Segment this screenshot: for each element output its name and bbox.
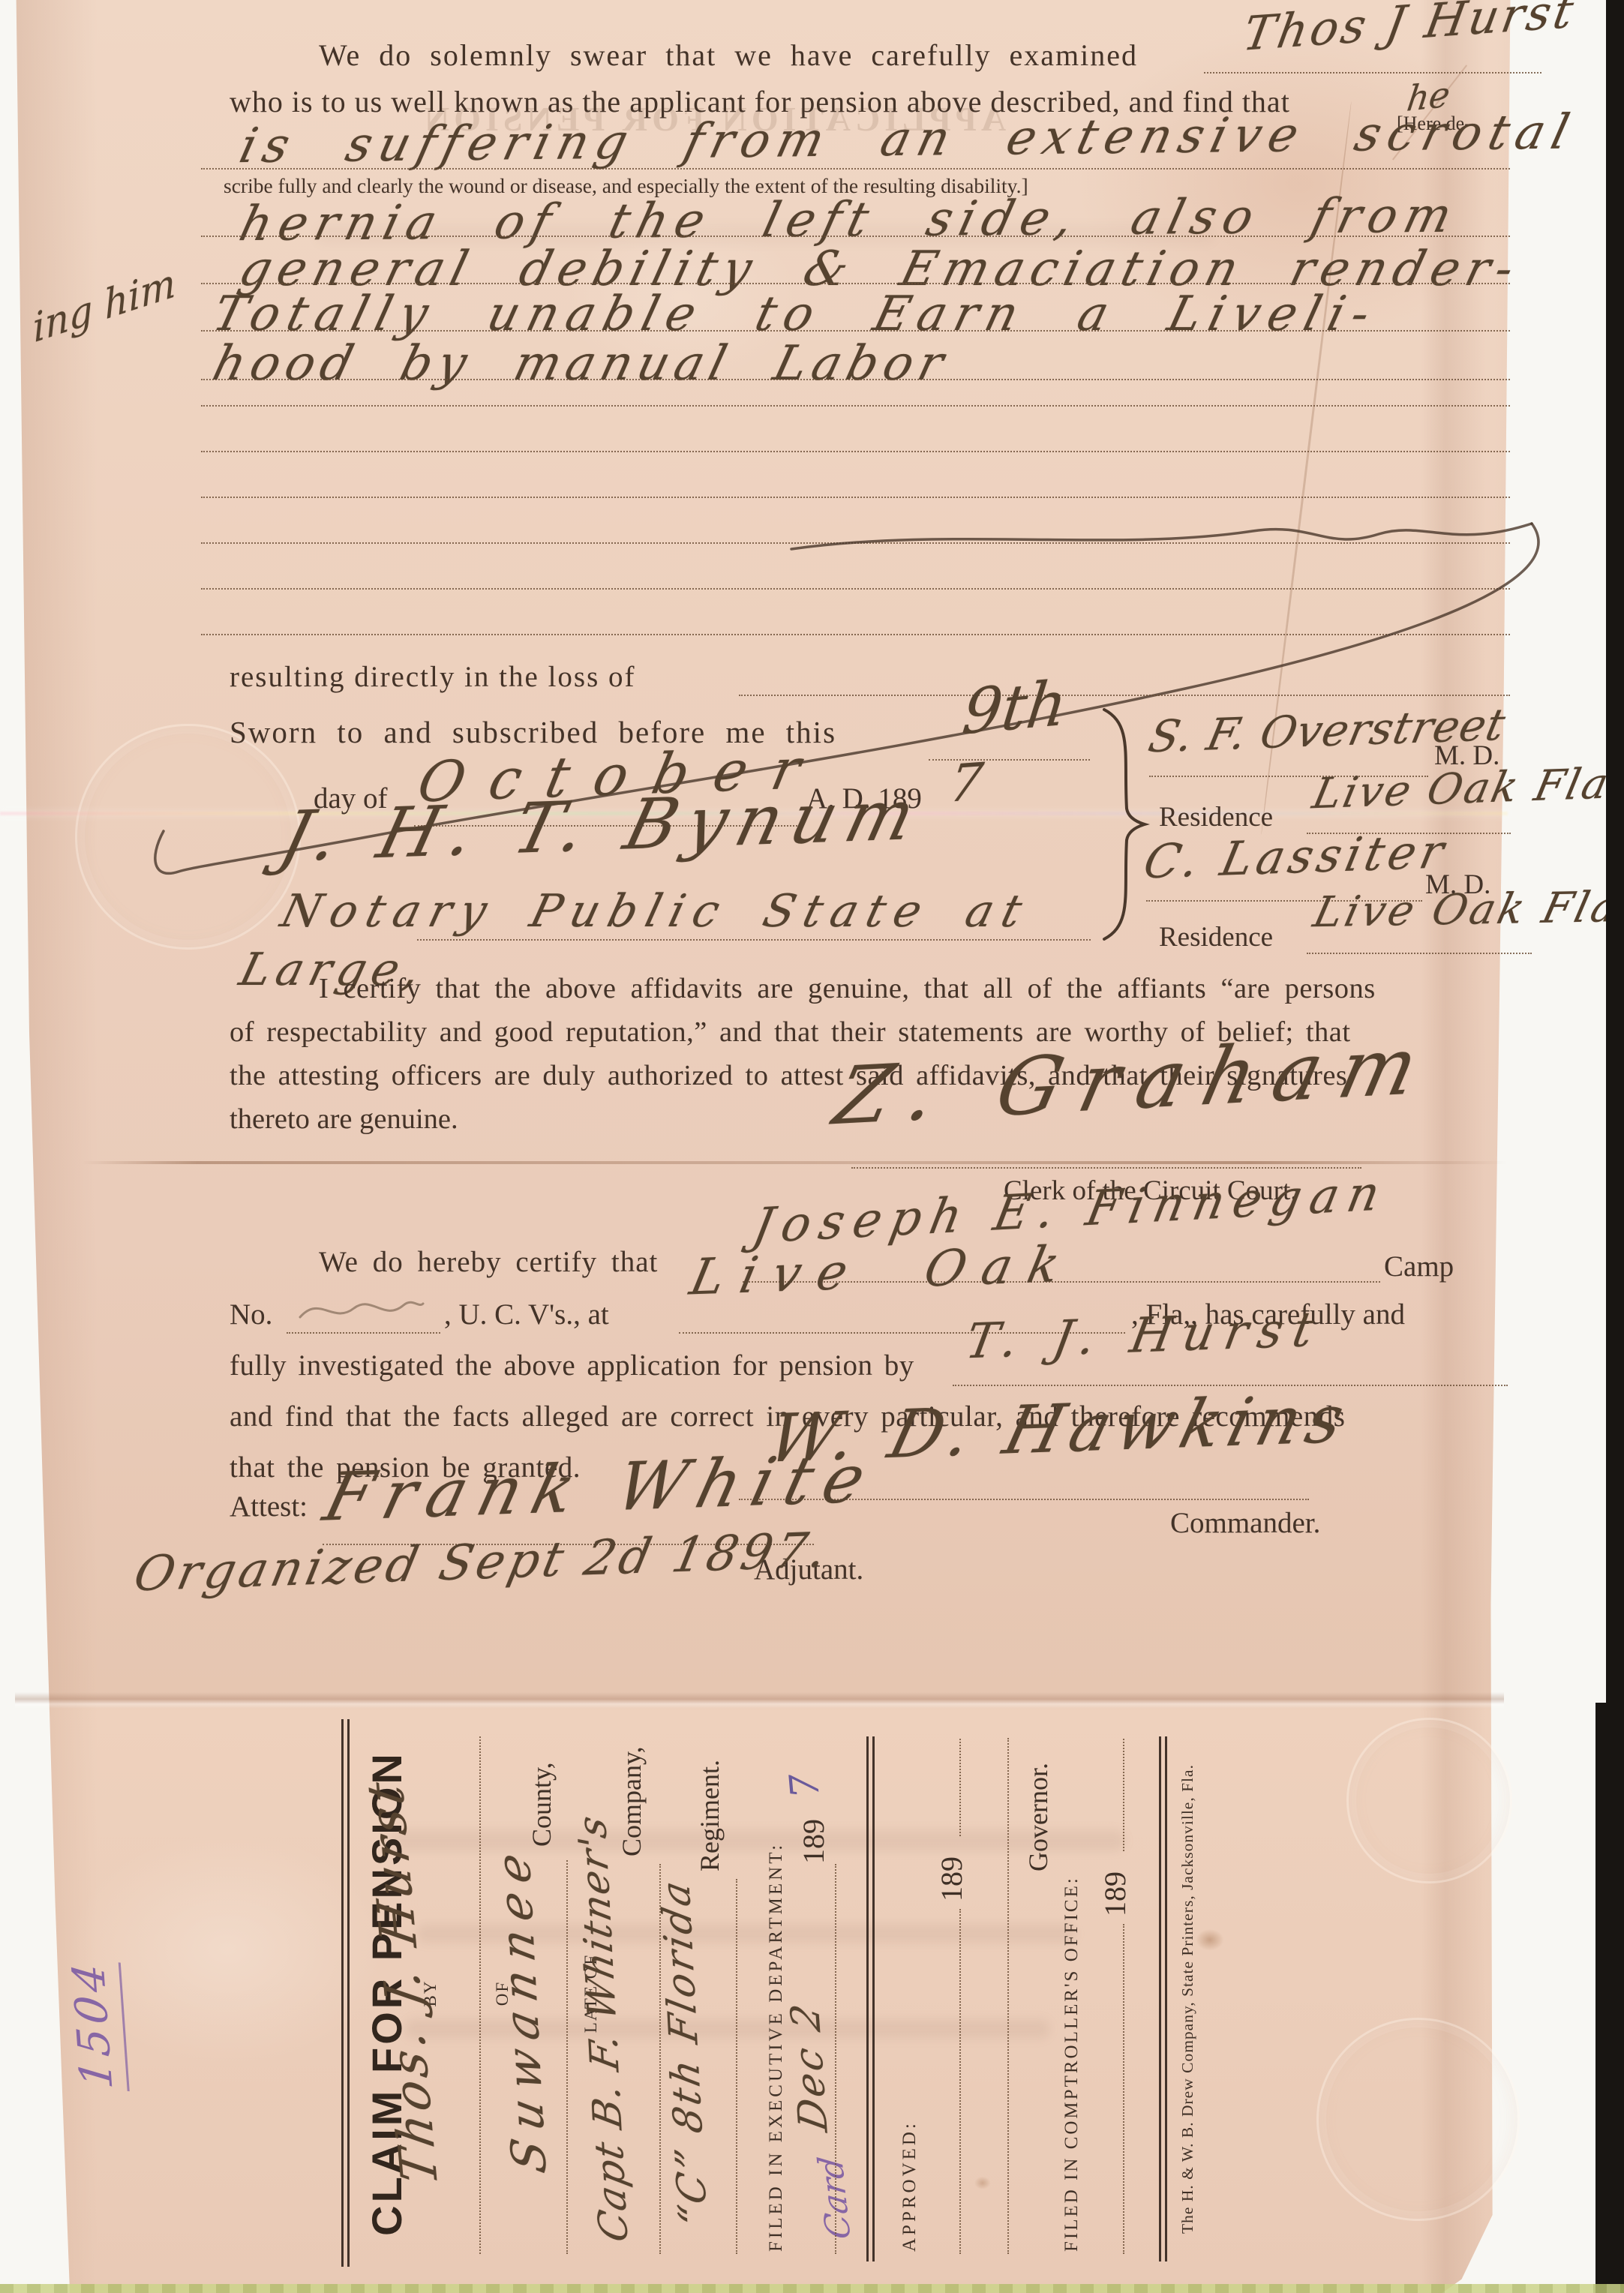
disability-handwriting-4: Totally unable to Earn a Liveli- [208,287,1384,342]
scanned-pension-document: APPLICATION FOR PENSION We do solemnly s… [0,0,1624,2293]
dotted-rule [201,379,1510,380]
governor-label: Governor. [1022,1763,1054,1871]
resulting-line: resulting directly in the loss of [230,660,636,694]
dotted-rule [201,236,1510,237]
dotted-rule [201,405,1510,407]
dotted-rule [201,330,1510,332]
docket-regiment-label: Regiment. [694,1760,725,1871]
approved-label: APPROVED: [899,2120,920,2252]
physician2-residence: Live Oak Fla [1309,883,1624,937]
horizontal-crease [83,1161,1508,1164]
dotted-rule [566,1860,568,2254]
executive-filed-label: FILED IN EXECUTIVE DEPARTMENT: [766,1842,787,2252]
docket-company-handwriting: Capt B. F. Whitner's [569,1811,637,2245]
approved-year-printed: 189 [934,1856,969,1901]
comptroller-filed-label: FILED IN COMPTROLLER'S OFFICE: [1061,1876,1082,2252]
printer-credit: The H. & W. B. Drew Company, State Print… [1178,1718,1197,2280]
embossed-seal-right-upper [1346,1718,1512,1883]
dotted-rule [959,1909,961,2254]
camp-no-label: No. [230,1298,272,1331]
dotted-rule [1123,1924,1124,2254]
dotted-rule [479,1736,481,2254]
ucv-label: , U. C. V's., at [444,1298,609,1331]
docket-top-rule [341,1719,350,2267]
dotted-rule [1123,1739,1124,1851]
docket-regiment-handwriting: “C” 8th Florida [653,1874,717,2230]
docket-bottom-rule [1159,1736,1167,2261]
executive-date-handwriting: Dec 2 [782,1998,837,2135]
executive-year-digit-handwriting: 7 [782,1772,829,1800]
claim-number-handwriting: 1504 [62,1957,130,2091]
camp-cert-line-1: We do hereby certify that [319,1245,658,1279]
dotted-rule [1007,1738,1009,2254]
affidavit-line-1: We do solemnly swear that we have carefu… [319,38,1138,73]
dotted-rule [835,1864,836,2254]
docket-panel: CLAIM FOR PENSION BY Thos. J. Hurst OF S… [341,1706,1230,2280]
dotted-rule [201,283,1510,284]
dotted-rule [739,695,1510,696]
dotted-rule [736,1879,737,2254]
brace [1094,704,1152,944]
docket-company-label: Company, [616,1746,647,1856]
embossed-seal-right-lower [1316,2018,1520,2221]
dotted-rule [201,451,1510,452]
dotted-rule [851,1167,1361,1169]
commander-label: Commander. [1170,1506,1320,1540]
comptroller-year-printed: 189 [1097,1871,1133,1916]
dotted-rule [1204,72,1541,74]
camp-cert-line-3: fully investigated the above application… [230,1349,914,1382]
dotted-rule [201,168,1510,170]
day-handwriting: 9th [959,668,1070,749]
dotted-rule [1307,953,1532,954]
clerk-cert-line-4: thereto are genuine. [230,1103,458,1136]
scanner-bottom-strip [0,2284,1624,2293]
physician2-signature: C. Lassiter [1139,824,1453,890]
camp-number-scribble [294,1286,429,1331]
residence-label-1: Residence [1159,801,1273,833]
docket-county-label: County, [526,1762,557,1847]
clerk-cert-line-1: I certify that the above affidavits are … [319,972,1376,1005]
docket-mid-rule [866,1736,875,2261]
residence-label-2: Residence [1159,921,1273,953]
claim-number-block: 1504 [71,1909,143,2100]
disability-handwriting-5: hood by manual Labor [208,336,956,392]
dotted-rule [417,939,1091,941]
executive-year-printed: 189 [796,1819,831,1864]
dotted-rule [287,1332,440,1334]
attest-label: Attest: [230,1490,308,1523]
notary-title-handwriting-1: Notary Public State at [276,885,1037,938]
dotted-rule [959,1739,961,1836]
scanner-edge-lower [1595,1703,1624,2293]
camp-label: Camp [1384,1250,1454,1283]
physician1-residence: Live Oak Fla [1308,759,1615,818]
